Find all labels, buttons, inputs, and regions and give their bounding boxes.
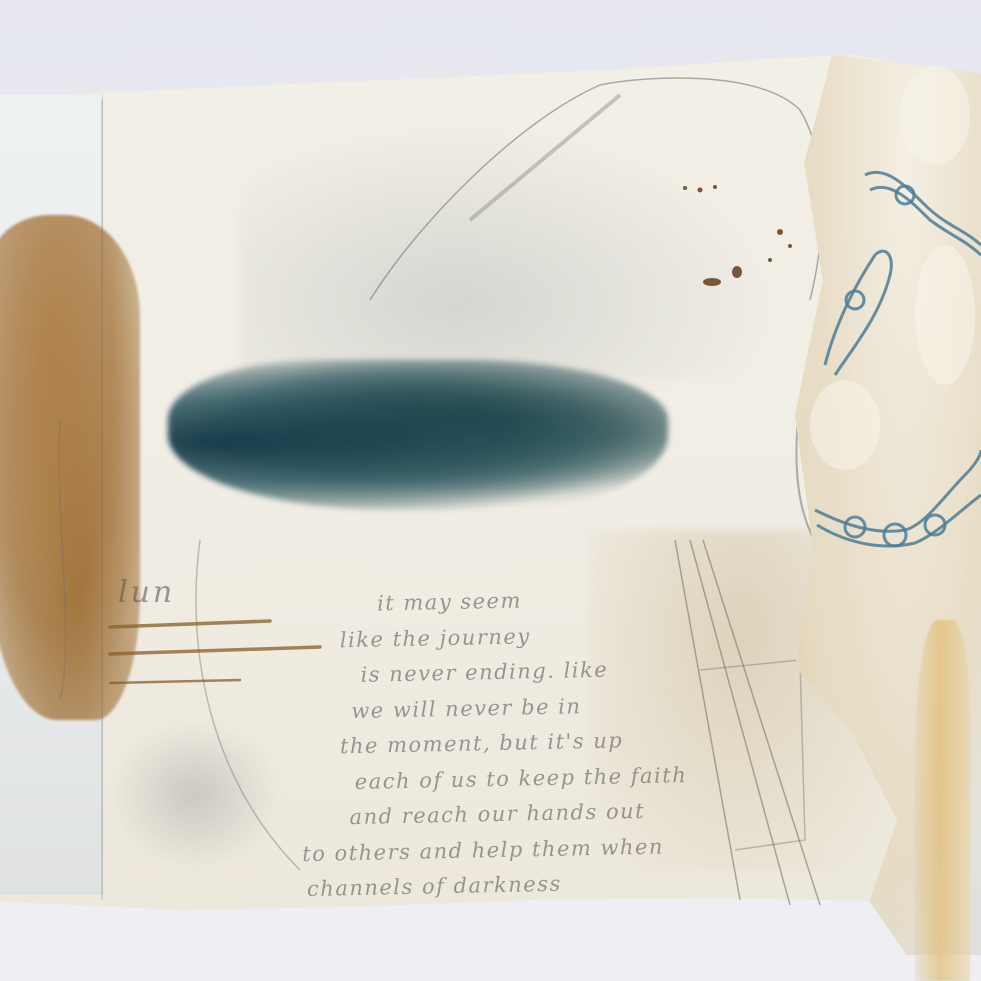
pencil-scribble: lun — [118, 575, 175, 610]
gauze-ribbon — [915, 620, 970, 981]
art-journal-photo: lun it may seem like the journey is neve… — [0, 0, 981, 981]
